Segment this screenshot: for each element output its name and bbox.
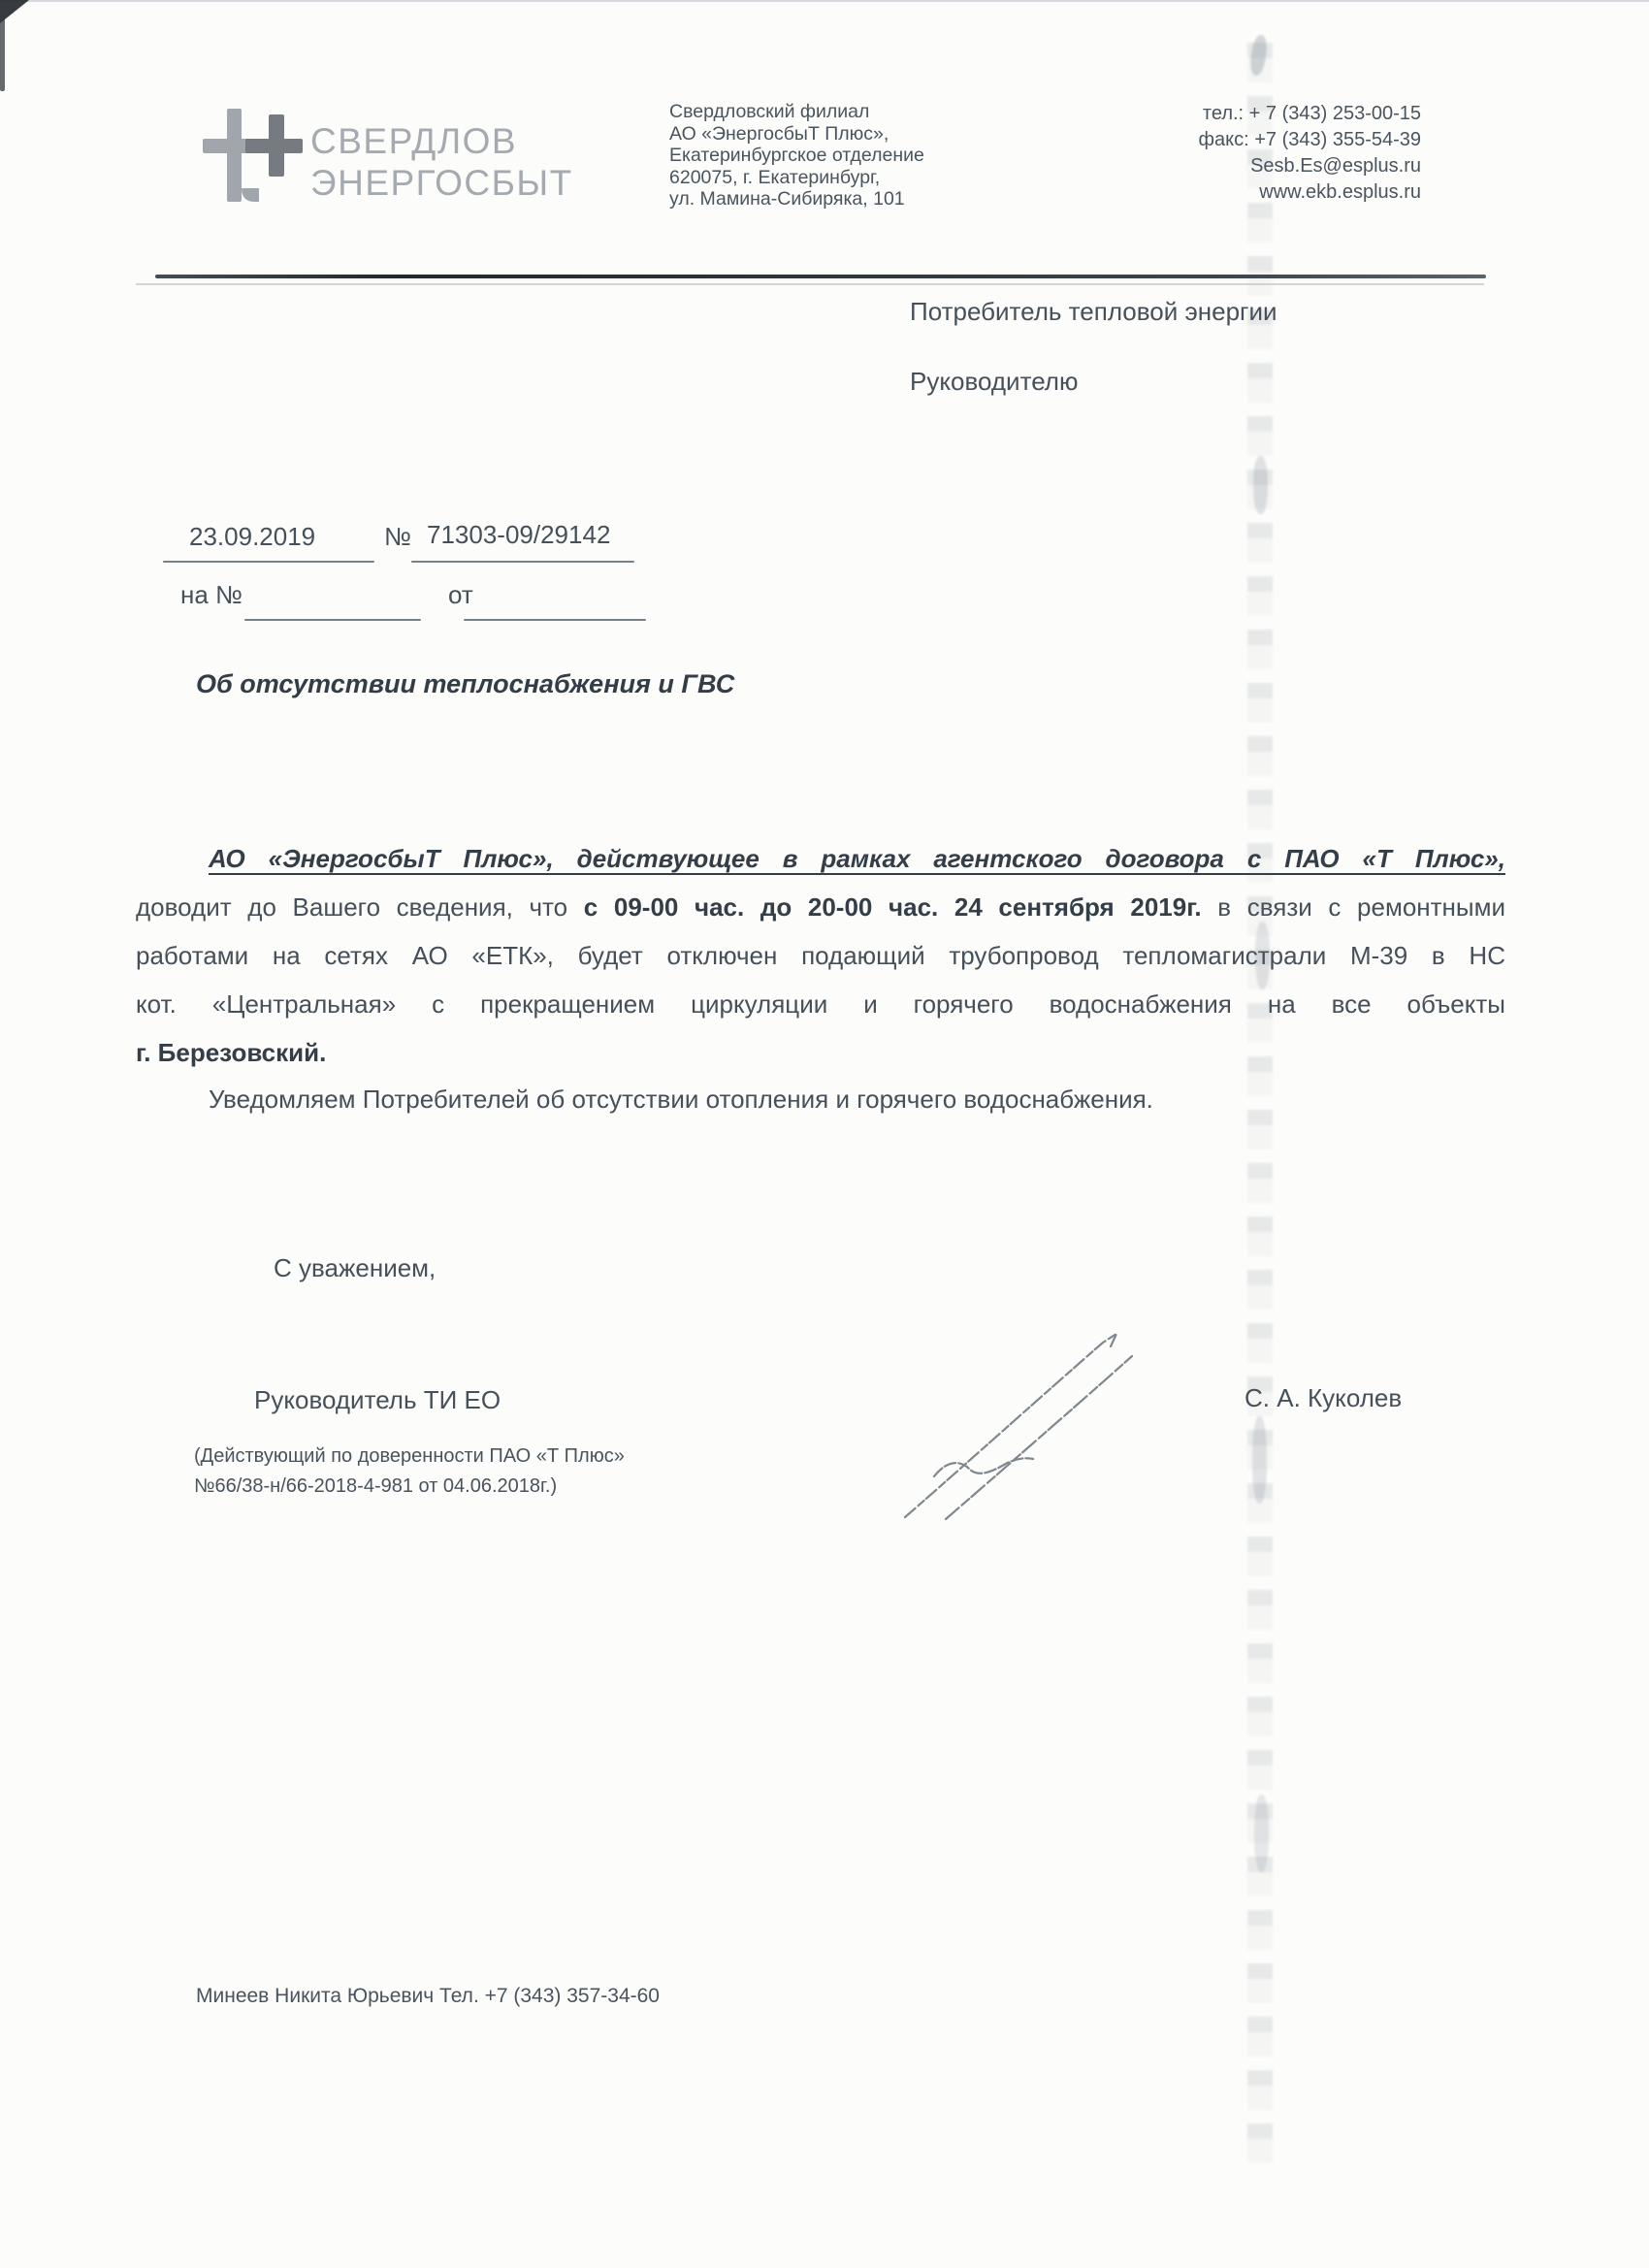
letter-number: 71303-09/29142 [427, 520, 610, 550]
logo-text-line2: ЭНЕРГОСБЫТ [310, 162, 573, 204]
body-text-segment: с 09-00 час. до 20-00 час. 24 сентября 2… [584, 892, 1202, 922]
text-line: ул. Мамина-Сибиряка, 101 [669, 188, 924, 211]
number-sign-label: № [384, 522, 411, 552]
scan-blob [1254, 1795, 1269, 1872]
body-text-line: доводит до Вашего сведения, что с 09-00 … [136, 883, 1505, 931]
signer-name: С. А. Куколев [1245, 1383, 1402, 1413]
date-underline [163, 561, 374, 563]
scan-edge-mark [0, 16, 5, 91]
body-text-segment: в связи с ремонтными [1202, 892, 1505, 922]
reply-number-blank-line [244, 619, 421, 621]
salutation: С уважением, [274, 1253, 436, 1283]
letter-date: 23.09.2019 [189, 522, 315, 552]
body-text-segment: г. Березовский. [136, 1038, 326, 1067]
scan-blob [1253, 456, 1268, 514]
scan-top-hairline [0, 0, 1649, 2]
sender-address-block: Свердловский филиалАО «ЭнергосбыТ Плюс»,… [669, 101, 924, 211]
letterhead-divider-echo [136, 283, 1484, 285]
handwritten-signature [888, 1312, 1227, 1525]
recipient-line: Руководителю [910, 367, 1078, 397]
reply-to-label: на № [180, 580, 242, 610]
body-text-segment: АО «ЭнергосбыТ Плюс», действующее в рамк… [209, 844, 1505, 873]
sender-contacts-block: тел.: + 7 (343) 253-00-15факс: +7 (343) … [1033, 101, 1421, 206]
body-paragraph-2: Уведомляем Потребителей об отсутствии от… [136, 1075, 1505, 1123]
text-line: 620075, г. Екатеринбург, [669, 167, 924, 189]
t-plus-logo-icon [194, 103, 303, 222]
attorney-note-line1: (Действующий по доверенности ПАО «Т Плюс… [194, 1442, 625, 1472]
body-text-line: АО «ЭнергосбыТ Плюс», действующее в рамк… [136, 834, 1505, 883]
attorney-note: (Действующий по доверенности ПАО «Т Плюс… [194, 1442, 625, 1502]
body-paragraph-1: АО «ЭнергосбыТ Плюс», действующее в рамк… [136, 834, 1505, 1077]
reply-from-label: от [448, 580, 473, 610]
scan-blob [1252, 1416, 1267, 1504]
subject-line: Об отсутствии теплоснабжения и ГВС [196, 669, 734, 699]
scanned-letter-page: СВЕРДЛОВ ЭНЕРГОСБЫТ Свердловский филиалА… [0, 0, 1649, 2268]
body-text-line: работами на сетях АО «ЕТК», будет отключ… [136, 931, 1505, 980]
executor-contact: Минеев Никита Юрьевич Тел. +7 (343) 357-… [196, 1985, 660, 2008]
signer-title: Руководитель ТИ ЕО [254, 1385, 501, 1415]
body-text-line: г. Березовский. [136, 1028, 1505, 1077]
reply-date-blank-line [464, 619, 646, 621]
body-text-segment: кот. «Центральная» с прекращением циркул… [136, 989, 1505, 1019]
attorney-note-line2: №66/38-н/66-2018-4-981 от 04.06.2018г.) [194, 1472, 625, 1502]
text-line: Свердловский филиал [669, 101, 924, 123]
logo-wordmark: СВЕРДЛОВ ЭНЕРГОСБЫТ [310, 120, 573, 204]
number-underline [411, 561, 634, 563]
body-text-segment: доводит до Вашего сведения, что [136, 892, 584, 922]
text-line: www.ekb.esplus.ru [1033, 179, 1421, 206]
text-line: Sesb.Es@esplus.ru [1033, 153, 1421, 179]
text-line: факс: +7 (343) 355-54-39 [1033, 127, 1421, 153]
body-text-line: кот. «Центральная» с прекращением циркул… [136, 980, 1505, 1028]
text-line: АО «ЭнергосбыТ Плюс», [669, 123, 924, 146]
text-line: тел.: + 7 (343) 253-00-15 [1033, 101, 1421, 127]
recipient-line: Потребитель тепловой энергии [910, 297, 1277, 327]
logo-text-line1: СВЕРДЛОВ [310, 120, 573, 162]
body-text-segment: работами на сетях АО «ЕТК», будет отключ… [136, 941, 1505, 970]
letterhead-divider-rule [155, 275, 1486, 278]
text-line: Екатеринбургское отделение [669, 145, 924, 167]
